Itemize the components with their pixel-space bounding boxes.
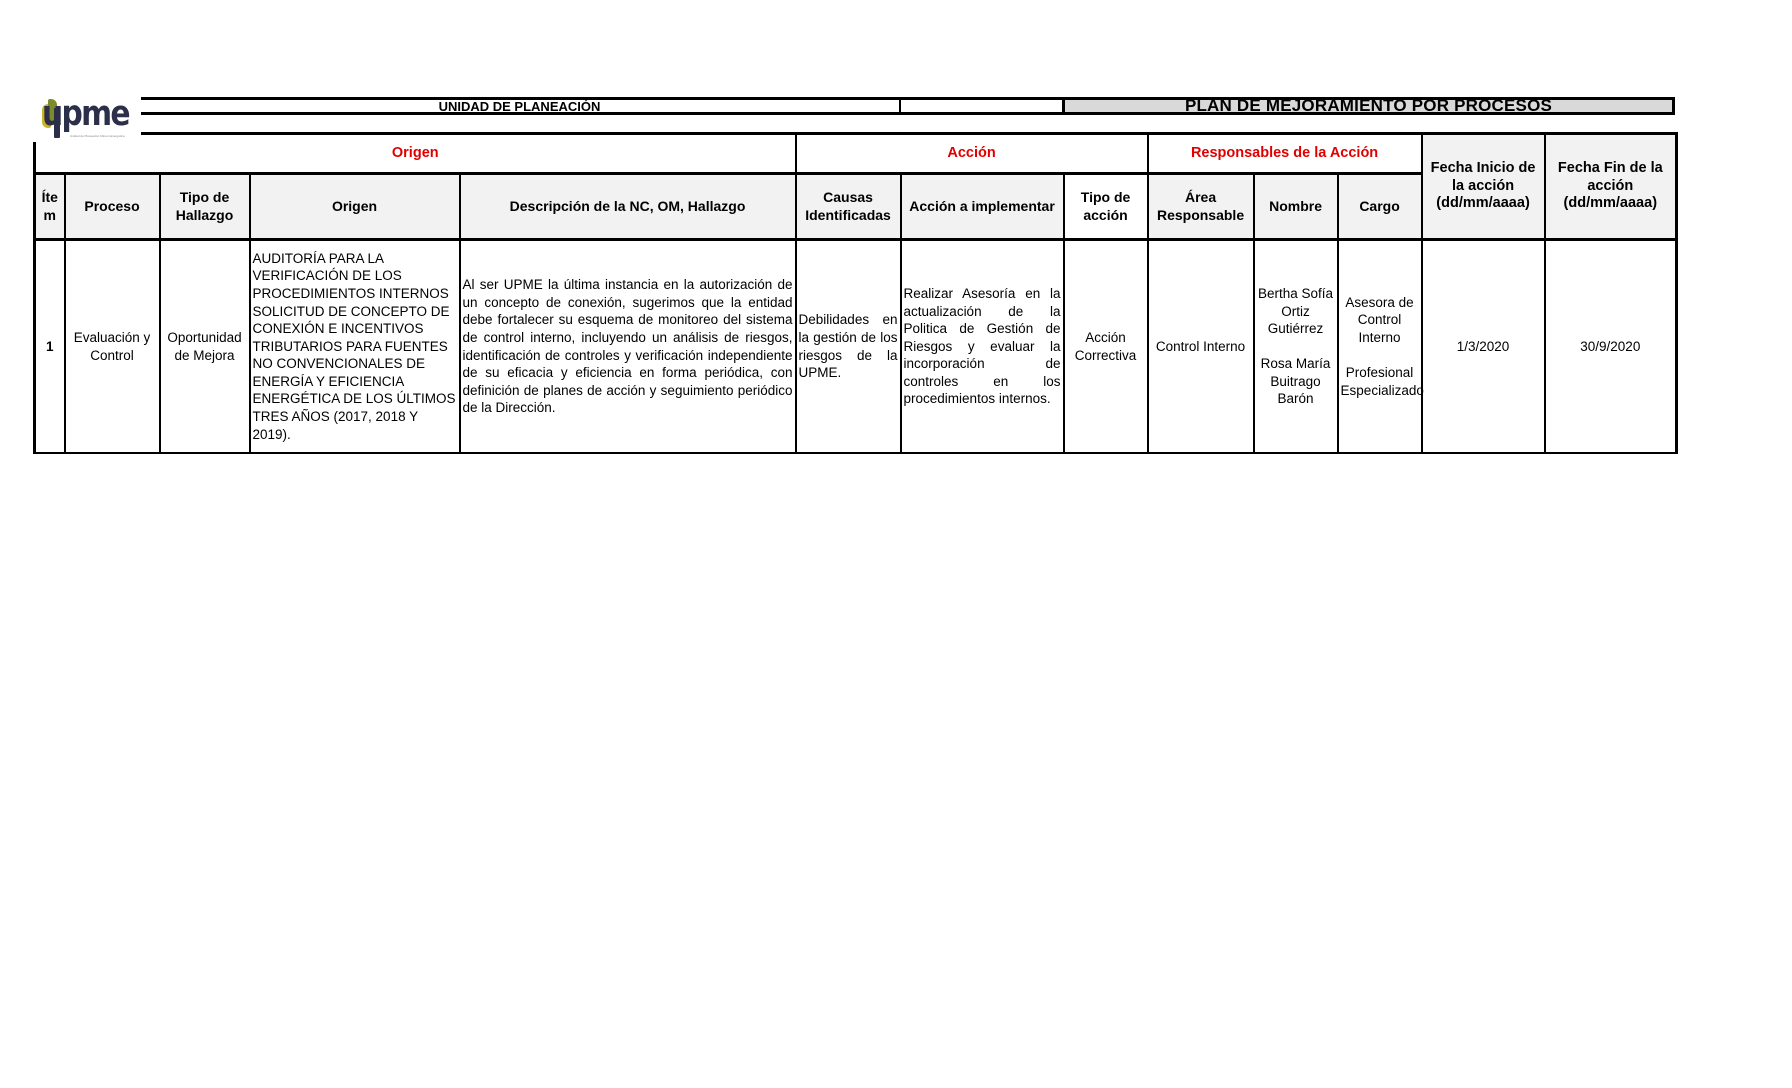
nombre-1: Bertha Sofía Ortiz Gutiérrez — [1258, 286, 1333, 336]
col-descripcion: Descripción de la NC, OM, Hallazgo — [460, 174, 796, 240]
title-bar: UNIDAD DE PLANEACIÓN PLAN DE MEJORAMIENT… — [33, 97, 1675, 115]
cell-descripcion: Al ser UPME la última instancia en la au… — [460, 240, 796, 454]
col-tipo-hallazgo: Tipo de Hallazgo — [160, 174, 250, 240]
upme-logo: upme Unidad de Planeación Minero Energét… — [33, 96, 141, 142]
col-fecha-fin: Fecha Fin de la acción (dd/mm/aaaa) — [1545, 134, 1677, 240]
col-proceso: Proceso — [65, 174, 160, 240]
cell-fecha-fin: 30/9/2020 — [1545, 240, 1677, 454]
cargo-1: Asesora de Control Interno — [1345, 295, 1413, 345]
group-responsables: Responsables de la Acción — [1148, 134, 1422, 174]
col-nombre: Nombre — [1254, 174, 1338, 240]
cell-fecha-inicio: 1/3/2020 — [1422, 240, 1545, 454]
logo-tagline: Unidad de Planeación Minero Energética — [70, 134, 125, 138]
col-area: Área Responsable — [1148, 174, 1254, 240]
col-tipo-accion: Tipo de acción — [1064, 174, 1148, 240]
col-item: Íte m — [35, 174, 65, 240]
unit-name: UNIDAD DE PLANEACIÓN — [140, 100, 899, 112]
cell-tipo-accion: Acción Correctiva — [1064, 240, 1148, 454]
table-row: 1 Evaluación y Control Oportunidad de Me… — [35, 240, 1677, 454]
cell-nombre: Bertha Sofía Ortiz Gutiérrez Rosa María … — [1254, 240, 1338, 454]
cargo-2: Profesional Especializado — [1341, 365, 1424, 398]
group-header-row: Origen Acción Responsables de la Acción … — [35, 134, 1677, 174]
cell-accion-implementar: Realizar Asesoría en la actualización de… — [901, 240, 1064, 454]
cell-causas: Debilidades en la gestión de los riesgos… — [796, 240, 901, 454]
cell-area: Control Interno — [1148, 240, 1254, 454]
col-cargo: Cargo — [1338, 174, 1422, 240]
group-accion: Acción — [796, 134, 1148, 174]
document-title: PLAN DE MEJORAMIENTO POR PROCESOS — [1062, 100, 1672, 112]
cell-cargo: Asesora de Control Interno Profesional E… — [1338, 240, 1422, 454]
cell-item: 1 — [35, 240, 65, 454]
cell-tipo-hallazgo: Oportunidad de Mejora — [160, 240, 250, 454]
col-fecha-inicio: Fecha Inicio de la acción (dd/mm/aaaa) — [1422, 134, 1545, 240]
nombre-2: Rosa María Buitrago Barón — [1261, 356, 1331, 406]
title-blank-cell — [899, 100, 1062, 112]
improvement-plan-table: Origen Acción Responsables de la Acción … — [33, 132, 1678, 454]
col-accion-implementar: Acción a implementar — [901, 174, 1064, 240]
cell-origen: AUDITORÍA PARA LA VERIFICACIÓN DE LOS PR… — [250, 240, 460, 454]
col-origen: Origen — [250, 174, 460, 240]
col-causas: Causas Identificadas — [796, 174, 901, 240]
cell-proceso: Evaluación y Control — [65, 240, 160, 454]
logo-wordmark: upme — [42, 96, 129, 132]
group-origen: Origen — [35, 134, 796, 174]
